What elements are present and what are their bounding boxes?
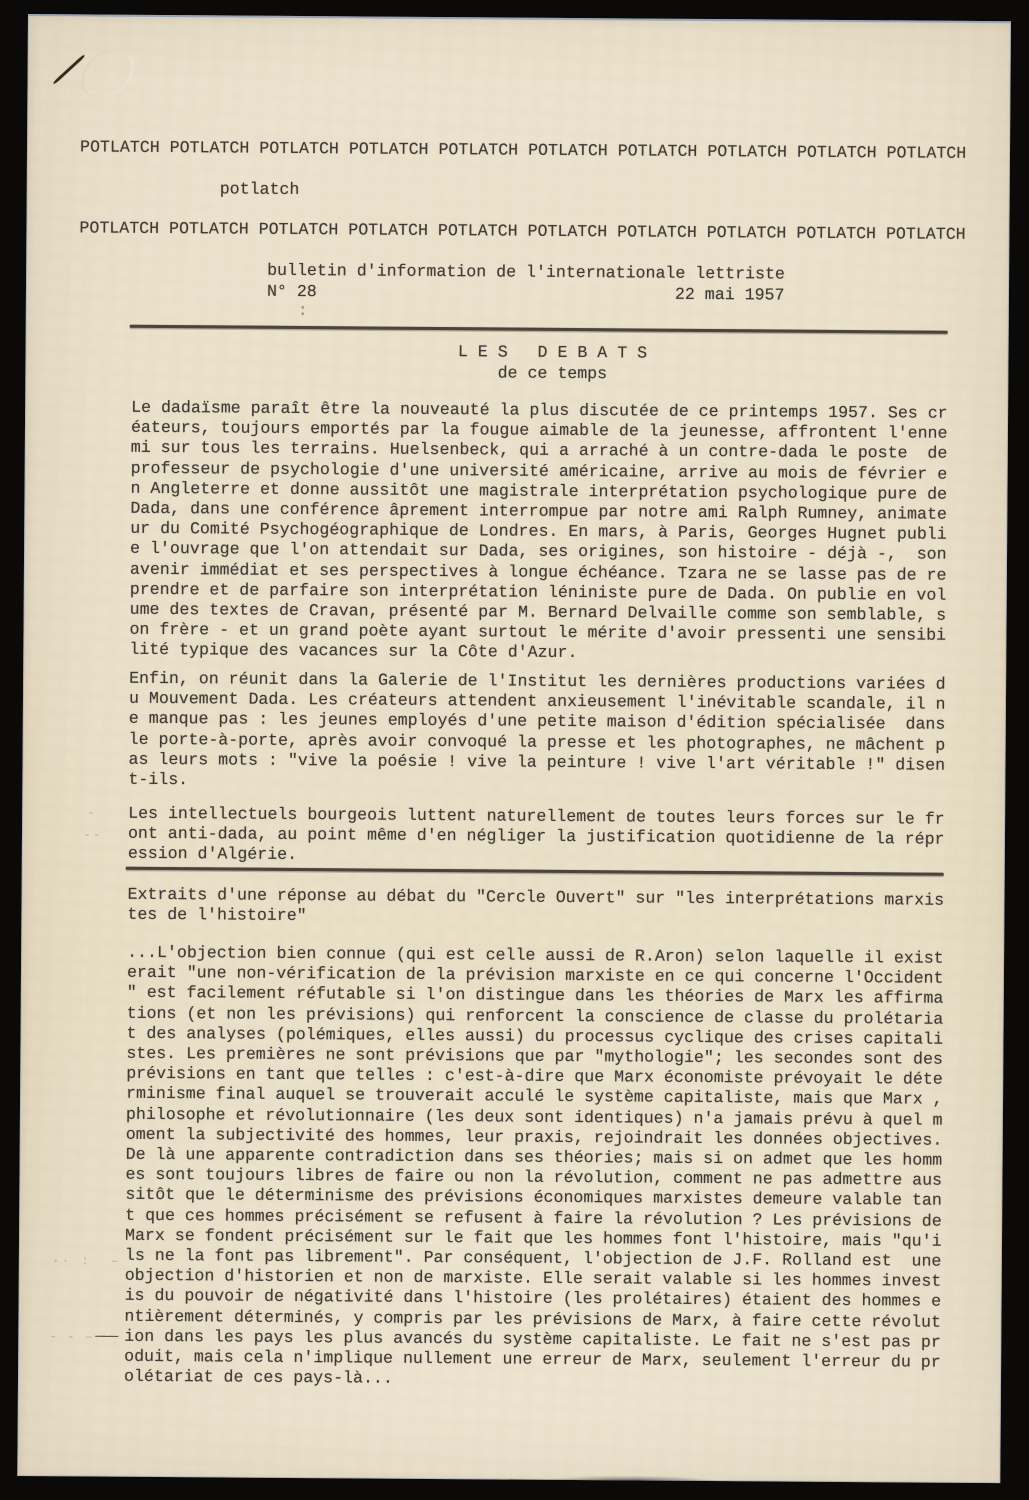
margin-tick-2: --	[83, 828, 103, 842]
masthead-small: potlatch	[220, 179, 300, 200]
masthead-row-2: POTLATCH POTLATCH POTLATCH POTLATCH POTL…	[79, 218, 965, 245]
paper-crease	[72, 39, 143, 108]
masthead-row-1: POTLATCH POTLATCH POTLATCH POTLATCH POTL…	[80, 137, 966, 164]
issue-number: N° 28	[267, 282, 317, 303]
bulletin-subtitle: bulletin d'information de l'internationa…	[267, 261, 785, 285]
section-heading: Extraits d'une réponse au débat du "Cerc…	[127, 885, 944, 931]
scan-background: { "colors": { "background": "#0b0a09", "…	[0, 0, 1029, 1500]
margin-tick-1: -	[87, 806, 97, 820]
pencil-slash-mark	[52, 54, 85, 85]
margin-dash-mark: ———	[95, 1327, 115, 1347]
margin-smudge: ·· : –	[52, 1254, 121, 1269]
section-body: ...L'objection bien connue (qui est cell…	[124, 943, 944, 1393]
margin-dots: - - –	[49, 1330, 93, 1344]
bottom-edge-crinkle	[548, 1475, 718, 1481]
article-paragraph-2: Enfin, on réunit dans la Galerie de l'In…	[128, 669, 945, 796]
stray-colon-mark: :	[298, 301, 308, 321]
scanned-page: POTLATCH POTLATCH POTLATCH POTLATCH POTL…	[17, 14, 1011, 1483]
article-paragraph-1: Le dadaïsme paraît être la nouveauté la …	[129, 398, 947, 667]
article-paragraph-3: Les intellectuels bourgeois luttent natu…	[128, 804, 945, 871]
divider-top	[130, 325, 948, 334]
issue-date: 22 mai 1957	[675, 285, 785, 306]
